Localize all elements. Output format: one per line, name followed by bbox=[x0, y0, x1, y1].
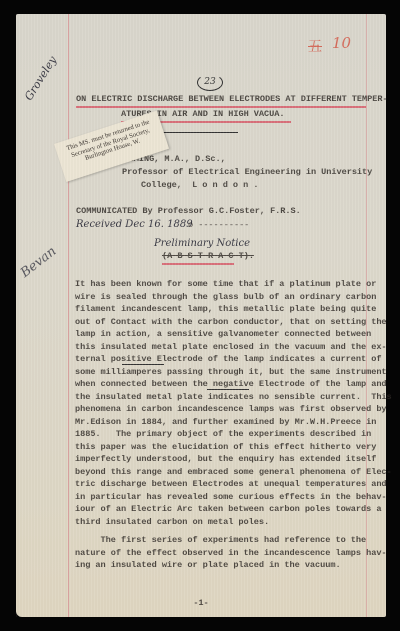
preliminary-notice-handwritten: Preliminary Notice bbox=[154, 238, 250, 249]
abstract-label-struck: (A B S T R A C T). bbox=[162, 251, 254, 261]
page-number: -1- bbox=[16, 598, 386, 608]
body-line: this paper was the elucidation of this e… bbox=[75, 442, 376, 452]
author-position-line-2: College, L o n d o n . bbox=[141, 180, 258, 190]
abstract-underline bbox=[162, 263, 234, 265]
body-line: tric discharge between Electrodes at une… bbox=[75, 479, 387, 489]
body-line: in particular has revealed some curious … bbox=[75, 492, 387, 502]
body-line: when connected between the negative Elec… bbox=[75, 379, 387, 389]
page-circle-number: 23 bbox=[197, 74, 223, 91]
underline-negative bbox=[207, 389, 249, 390]
body-line: ternal positive Electrode of the lamp in… bbox=[75, 354, 381, 364]
body-line: ing an insulated wire or plate placed in… bbox=[75, 560, 341, 570]
title-line-1: ON ELECTRIC DISCHARGE BETWEEN ELECTRODES… bbox=[76, 94, 388, 104]
received-date-handwritten: Received Dec 16. 1889 bbox=[76, 219, 193, 230]
body-line: It has been known for some time that if … bbox=[75, 279, 376, 289]
body-line: nature of the effect observed in the inc… bbox=[75, 548, 387, 558]
manuscript-page: 五 10 23 Groveley Bevan ON ELECTRIC DISCH… bbox=[16, 14, 386, 617]
received-dashes: o ---------- bbox=[188, 220, 249, 230]
body-line: third insulated carbon on metal poles. bbox=[75, 517, 269, 527]
body-line: beyond this range and embraced some gene… bbox=[75, 467, 392, 477]
author-position-line-1: Professor of Electrical Engineering in U… bbox=[122, 167, 372, 177]
underline-positive bbox=[122, 364, 164, 365]
title-underline-1 bbox=[76, 106, 366, 108]
body-line: some milliamperes passing through it, bu… bbox=[75, 367, 387, 377]
body-line: lamp in action, a sensitive galvanometer… bbox=[75, 329, 371, 339]
left-margin-rule bbox=[68, 14, 69, 617]
body-line: iour of an Electric Arc taken between ca… bbox=[75, 504, 381, 514]
catalog-number: 10 bbox=[332, 34, 351, 52]
body-line: Mr.Edison in 1884, and further examined … bbox=[75, 417, 376, 427]
body-line: wire is sealed through the glass bulb of… bbox=[75, 292, 376, 302]
body-line: 1885. The primary object of the experime… bbox=[75, 429, 371, 439]
body-line: The first series of experiments had refe… bbox=[75, 535, 366, 545]
body-line: this insulated metal plate enclosed in t… bbox=[75, 342, 387, 352]
catalog-mark-struck: 五 bbox=[308, 36, 322, 56]
body-line: out of Contact with the carbon conductor… bbox=[75, 317, 387, 327]
body-line: phenomena in carbon incandescence lamps … bbox=[75, 404, 387, 414]
margin-note-signature: Bevan bbox=[18, 244, 59, 281]
body-line: imperfectly understood, but the enquiry … bbox=[75, 454, 376, 464]
body-line: filament incandescent lamp, this metalli… bbox=[75, 304, 376, 314]
communicated-by: COMMUNICATED By Professor G.C.Foster, F.… bbox=[76, 206, 301, 216]
body-line: the insulated metal plate indicates no s… bbox=[75, 392, 392, 402]
margin-note-top: Groveley bbox=[22, 54, 59, 103]
right-margin-rule bbox=[366, 14, 367, 617]
